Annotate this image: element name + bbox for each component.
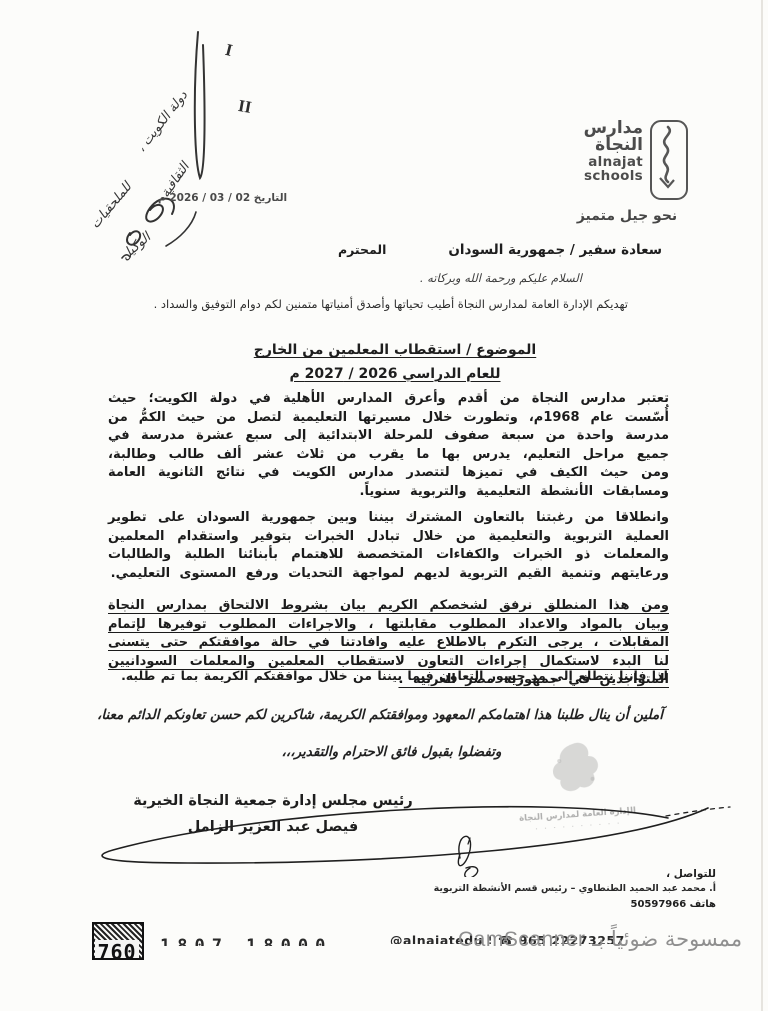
camscanner-watermark-arabic: ممسوحة ضوئياً بـ <box>592 927 742 951</box>
footer-emblem-icon: 760 <box>92 922 144 960</box>
addressee-honorific: المحترم <box>338 242 386 257</box>
contact-person: أ. محمد عبد الحميد الطنطاوي – رئيس قسم ا… <box>416 882 716 897</box>
paragraph-cooperation: وانطلاقا من رغبتنا بالتعاون المشترك بينن… <box>108 509 669 583</box>
camscanner-watermark: ممسوحة ضوئياً بـ CamScanner <box>458 927 742 952</box>
scan-edge-artifact <box>761 0 763 1011</box>
subject-block: الموضوع / استقطاب المعلمين من الخارج للع… <box>190 339 600 387</box>
date-stamp: التاريخ 02 / 03 / 2026 م <box>158 192 287 204</box>
closing-line1: آملين أن ينال طلبنا هذا اهتمامكم المعهود… <box>120 707 663 723</box>
logo-emblem-icon <box>650 120 688 200</box>
addressee-row: سعادة سفير / جمهورية السودان المحترم <box>338 242 662 258</box>
camscanner-watermark-brand: CamScanner <box>458 928 586 951</box>
subject-line2: للعام الدراسي 2026 / 2027 م <box>190 363 600 387</box>
addressee-name: سعادة سفير / جمهورية السودان <box>448 242 662 258</box>
logo-arabic-line2: النجاة <box>584 137 643 154</box>
logo-english-line1: alnajat <box>584 155 643 169</box>
paragraph-school-history: تعتبر مدارس النجاة من أقدم وأعرق المدارس… <box>108 390 669 502</box>
intro-line: تهديكم الإدارة العامة لمدارس النجاة أطيب… <box>154 297 628 311</box>
salutation: السلام عليكم ورحمة الله وبركاته . <box>420 271 582 285</box>
footer-phone-digits-text: 1807 18000 <box>160 936 332 946</box>
footer-emblem-digits: 760 <box>95 940 139 960</box>
subject-line1: الموضوع / استقطاب المعلمين من الخارج <box>190 339 600 363</box>
signature-stroke <box>68 792 733 877</box>
contact-label: للتواصل ، <box>416 866 716 882</box>
logo-wordmark: مدارس النجاة alnajat schools <box>584 120 643 200</box>
handwritten-strokes <box>120 20 350 270</box>
logo-tagline: نحو جيل متميز <box>566 208 688 224</box>
contact-phone: هاتف 50597966 <box>416 897 716 913</box>
paragraph-lookforward: لذا فإننا نتطلع إلى مد جسور التعاون فيما… <box>121 667 668 686</box>
contact-block: للتواصل ، أ. محمد عبد الحميد الطنطاوي – … <box>416 866 716 912</box>
scanned-letter-page: I II دولة الكويت ، الثقافية للملحقيات ال… <box>0 0 768 1011</box>
footer-phone-digits-clipped: 1807 18000 <box>160 936 360 946</box>
logo-english-line2: schools <box>584 169 643 183</box>
school-logo: مدارس النجاة alnajat schools نحو جيل متم… <box>566 120 688 224</box>
